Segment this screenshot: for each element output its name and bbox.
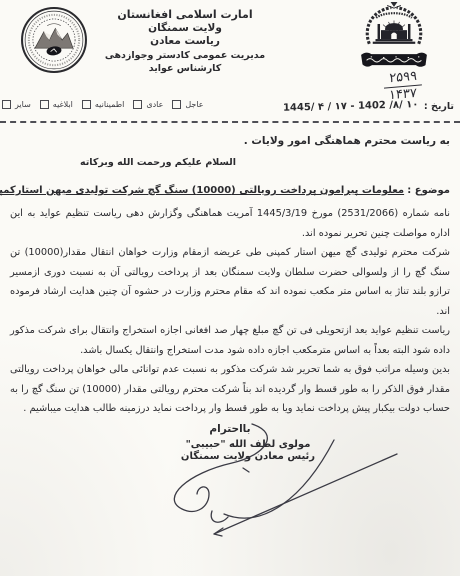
date-value: 1445/ ۴ / ۱۷ - 1402 /۸/ ۱۰ <box>283 99 419 114</box>
date-label: تاریخ : <box>424 101 454 112</box>
letterhead-line-province: ولایت سمنگان <box>100 22 270 36</box>
subject-line: موضوع : معلومات پیرامون پرداخت رویالتی (… <box>10 183 450 198</box>
date-line: 1445/ ۴ / ۱۷ - 1402 /۸/ ۱۰ تاریخ : <box>283 101 454 112</box>
subject-text: معلومات پیرامون پرداخت رویالتی (10000) س… <box>0 185 404 196</box>
reference-number-handwritten: ۲۵۹۹ ۱۴۳۷ <box>376 64 430 105</box>
greeting-line: السلام علیکم ورحمت الله وبرکاته <box>10 156 450 170</box>
paragraph: شرکت محترم تولیدی گچ میهن استار کمپنی طی… <box>10 243 450 321</box>
dispatch-type-ordinary: عادی <box>133 100 163 109</box>
dispatch-type-row: عاجل عادی اطمینانیه ابلاغیه سایر <box>2 100 204 109</box>
checkbox-icon <box>133 100 142 109</box>
ministry-of-mines-seal-icon <box>20 6 88 74</box>
subject-label: موضوع : <box>407 185 450 196</box>
checkbox-icon <box>172 100 181 109</box>
dispatch-type-notification: ابلاغیه <box>40 100 73 109</box>
letterhead-line-emirate: امارت اسلامی افغانستان <box>100 8 270 22</box>
dispatch-type-assurance: اطمینانیه <box>82 100 124 109</box>
checkbox-icon <box>2 100 11 109</box>
paragraph: ریاست تنظیم عواید بعد ازتحویلی فی تن گچ … <box>10 321 450 360</box>
letterhead-line-directorate: ریاست معادن <box>100 35 270 49</box>
signature-scrawl <box>112 406 412 556</box>
addressee-line: به ریاست محترم هماهنگی امور ولایات . <box>10 133 450 149</box>
letter-paragraphs: نامه شماره (2531/2066) مورخ 1445/3/19 آم… <box>10 204 450 419</box>
dashed-divider <box>0 121 460 123</box>
dispatch-type-other: سایر <box>2 100 31 109</box>
scanned-letter-page: { "colors": {"ink": "#2a2a2e", "paper": … <box>0 0 460 576</box>
letterhead-line-department: مدیریت عمومی کادستر وجوازدهی <box>100 49 270 63</box>
dispatch-type-urgent: عاجل <box>172 100 203 109</box>
checkbox-icon <box>40 100 49 109</box>
letterhead-line-expert: کارشناس عواید <box>100 62 270 76</box>
emirate-emblem-icon <box>352 0 436 74</box>
paragraph: نامه شماره (2531/2066) مورخ 1445/3/19 آم… <box>10 204 450 243</box>
checkbox-icon <box>82 100 91 109</box>
letterhead: امارت اسلامی افغانستان ولایت سمنگان ریاس… <box>100 8 270 76</box>
